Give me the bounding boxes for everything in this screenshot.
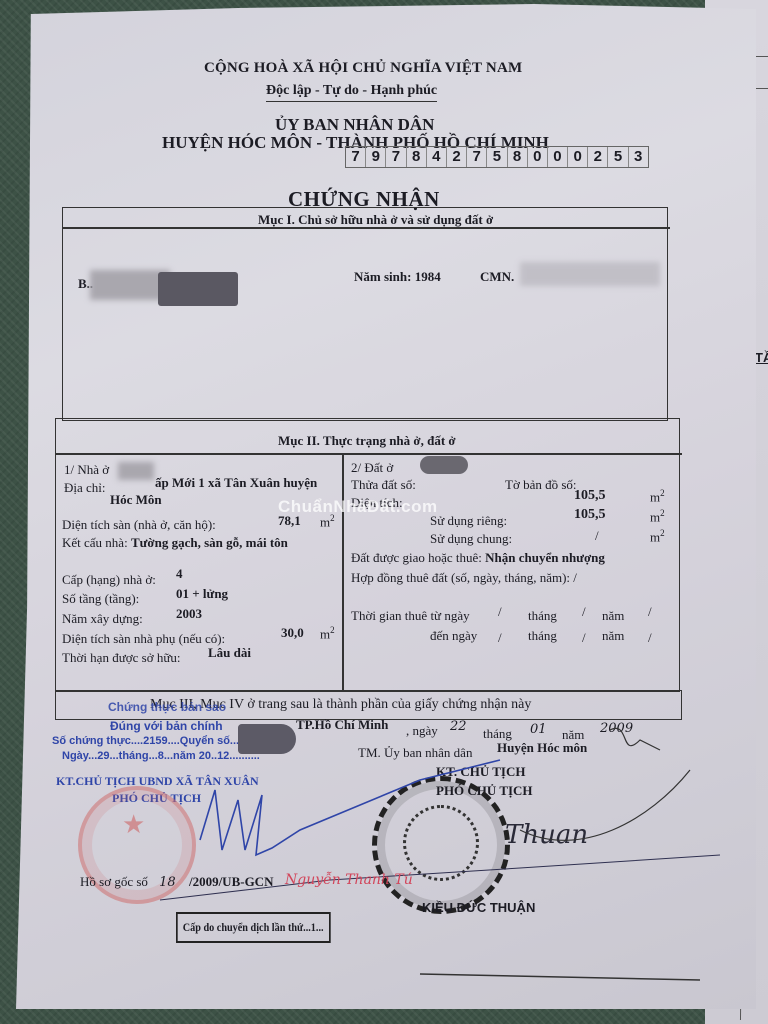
copy-signer-name: Nguyễn Thanh Tú	[285, 872, 413, 888]
file-ref-number: 18	[159, 875, 176, 890]
transfer-note-box: Cấp do chuyển dịch lần thứ...1...	[176, 912, 330, 943]
signature-strokes	[0, 0, 768, 1024]
file-ref-suffix: /2009/UB-GCN	[189, 874, 274, 889]
file-ref-label: Hồ sơ gốc số	[80, 874, 148, 889]
